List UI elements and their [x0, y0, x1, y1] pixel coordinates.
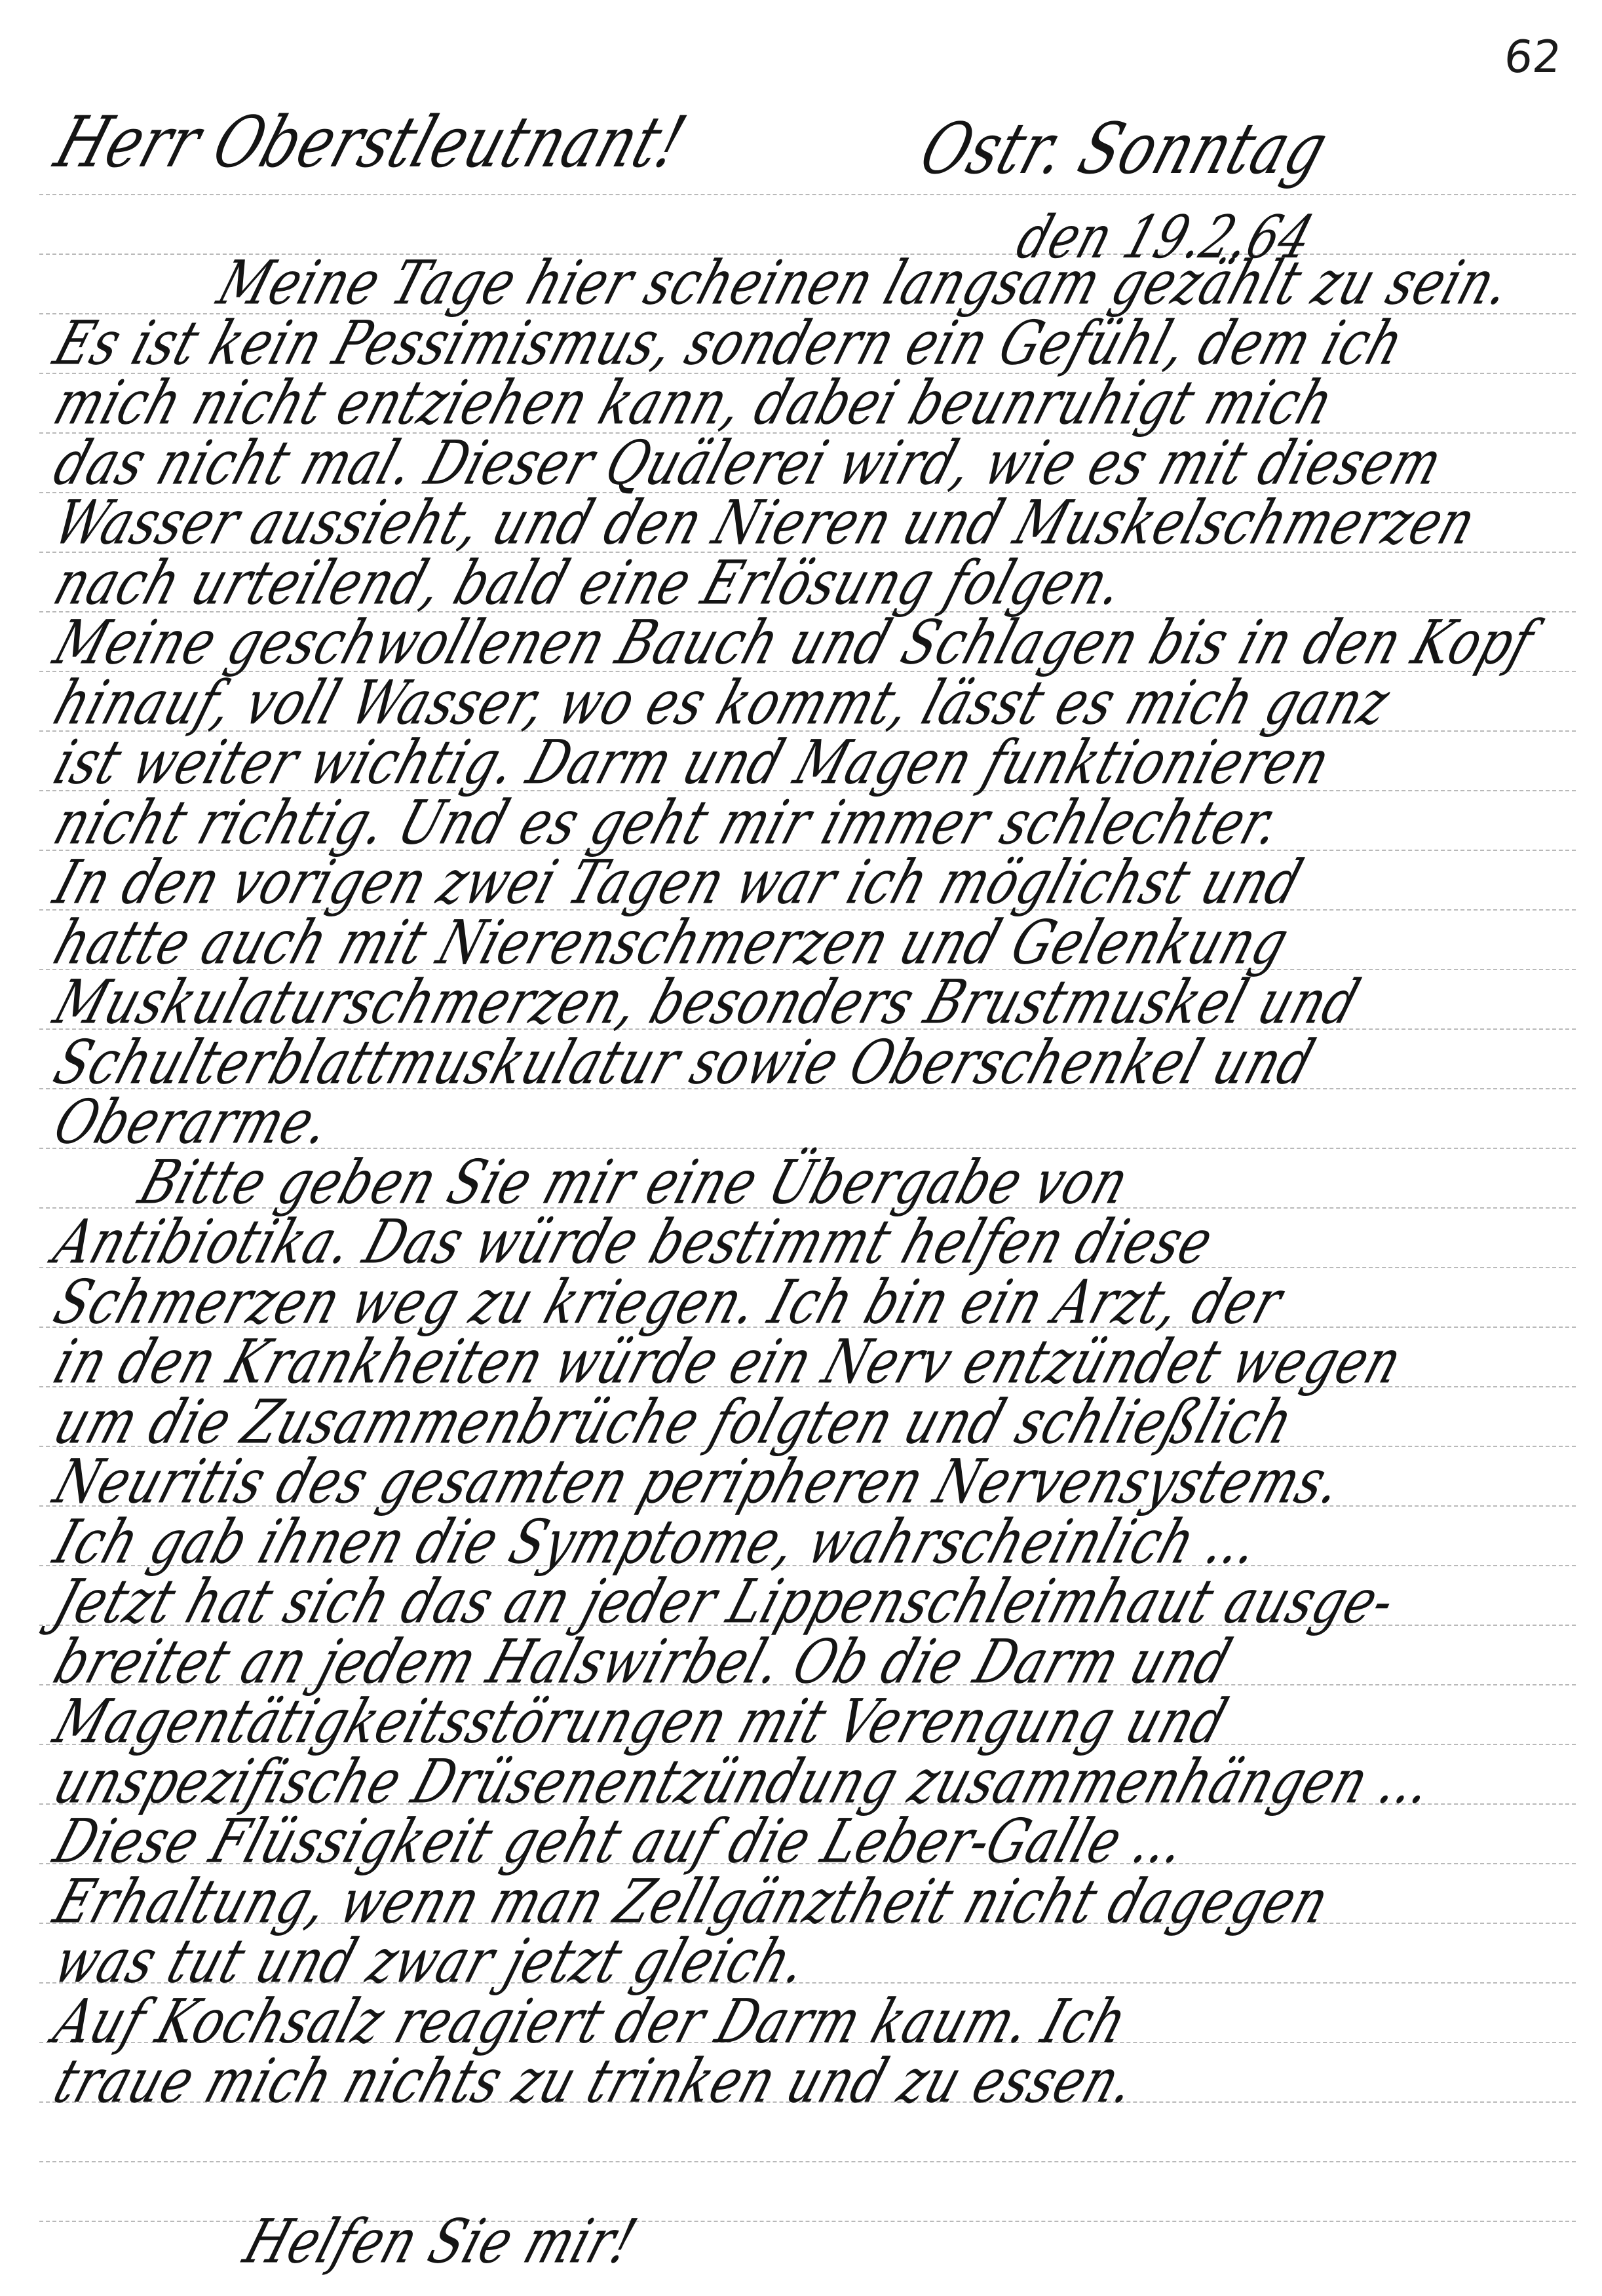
closing-line: Helfen Sie mir! [236, 2207, 645, 2278]
ruled-line [39, 194, 1576, 195]
ruled-line [39, 2161, 1576, 2162]
salutation: Herr Oberstleutnant! [46, 102, 696, 183]
letter-page: 62 Herr Oberstleutnant! Ostr. Sonntag de… [0, 0, 1602, 2296]
letter-line: traue mich nichts zu trinken und zu esse… [46, 2046, 1145, 2117]
place-and-day: Ostr. Sonntag [911, 108, 1338, 190]
page-number: 62 [1502, 31, 1564, 83]
